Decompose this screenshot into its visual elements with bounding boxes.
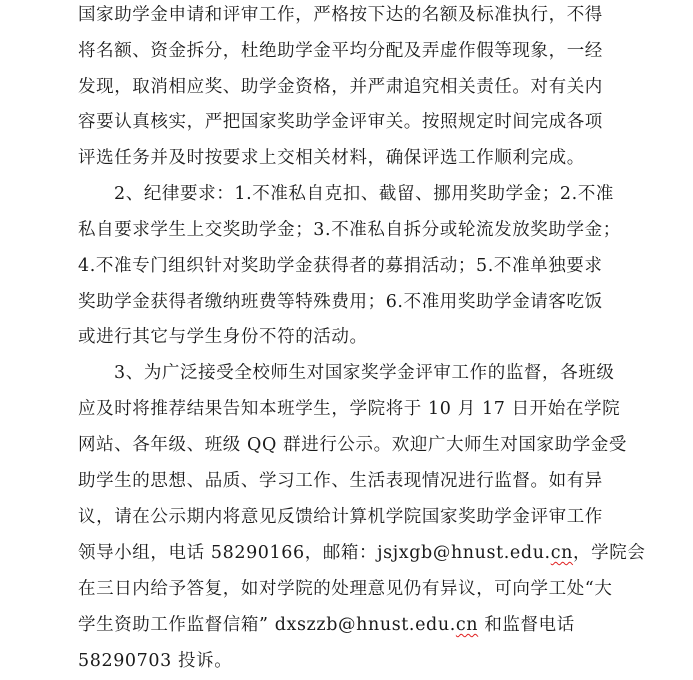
spellcheck-flagged-word[interactable]: cn — [456, 615, 478, 635]
text-line: 或进行其它与学生身份不符的活动。 — [78, 325, 368, 349]
text-line: 助学生的思想、品质、学习工作、生活表现情况进行监督。如有异 — [78, 469, 603, 493]
text-line: 4.不准专门组织针对奖助学金获得者的募捐活动；5.不准单独要求 — [78, 254, 603, 278]
text-line-indented: 3、为广泛接受全校师生对国家奖学金评审工作的监督，各班级 — [114, 361, 614, 385]
text-line: 领导小组，电话 58290166，邮箱：jsjxgb@hnust.edu.cn，… — [78, 541, 645, 565]
text-span: ，学院会 — [573, 543, 645, 563]
text-line: 发现，取消相应奖、助学金资格，并严肃追究相关责任。对有关内 — [78, 75, 603, 99]
text-line: 58290703 投诉。 — [78, 649, 232, 673]
text-line: 私自要求学生上交奖助学金；3.不准私自拆分或轮流发放奖助学金； — [78, 218, 621, 242]
text-line: 议，请在公示期内将意见反馈给计算机学院国家奖助学金评审工作 — [78, 505, 603, 529]
text-line: 学生资助工作监督信箱” dxszzb@hnust.edu.cn 和监督电话 — [78, 613, 575, 637]
text-line: 奖助学金获得者缴纳班费等特殊费用；6.不准用奖助学金请客吃饭 — [78, 290, 603, 314]
text-line: 国家助学金申请和评审工作，严格按下达的名额及标准执行，不得 — [78, 3, 603, 27]
text-line: 容要认真核实，严把国家奖助学金评审关。按照规定时间完成各项 — [78, 110, 603, 134]
text-line-indented: 2、纪律要求：1.不准私自克扣、截留、挪用奖助学金；2.不准 — [114, 182, 614, 206]
text-line: 评选任务并及时按要求上交相关材料，确保评选工作顺利完成。 — [78, 146, 585, 170]
spellcheck-flagged-word[interactable]: cn — [551, 543, 573, 563]
text-line: 应及时将推荐结果告知本班学生，学院将于 10 月 17 日开始在学院 — [78, 397, 620, 421]
text-span: 领导小组，电话 58290166，邮箱：jsjxgb@hnust.edu. — [78, 543, 551, 563]
text-line: 在三日内给予答复，如对学院的处理意见仍有异议，可向学工处“大 — [78, 577, 612, 601]
text-span: 学生资助工作监督信箱” dxszzb@hnust.edu. — [78, 615, 456, 635]
text-line: 将名额、资金拆分，杜绝助学金平均分配及弄虚作假等现象，一经 — [78, 39, 603, 63]
text-line: 网站、各年级、班级 QQ 群进行公示。欢迎广大师生对国家助学金受 — [78, 433, 627, 457]
text-span: 和监督电话 — [478, 615, 575, 635]
